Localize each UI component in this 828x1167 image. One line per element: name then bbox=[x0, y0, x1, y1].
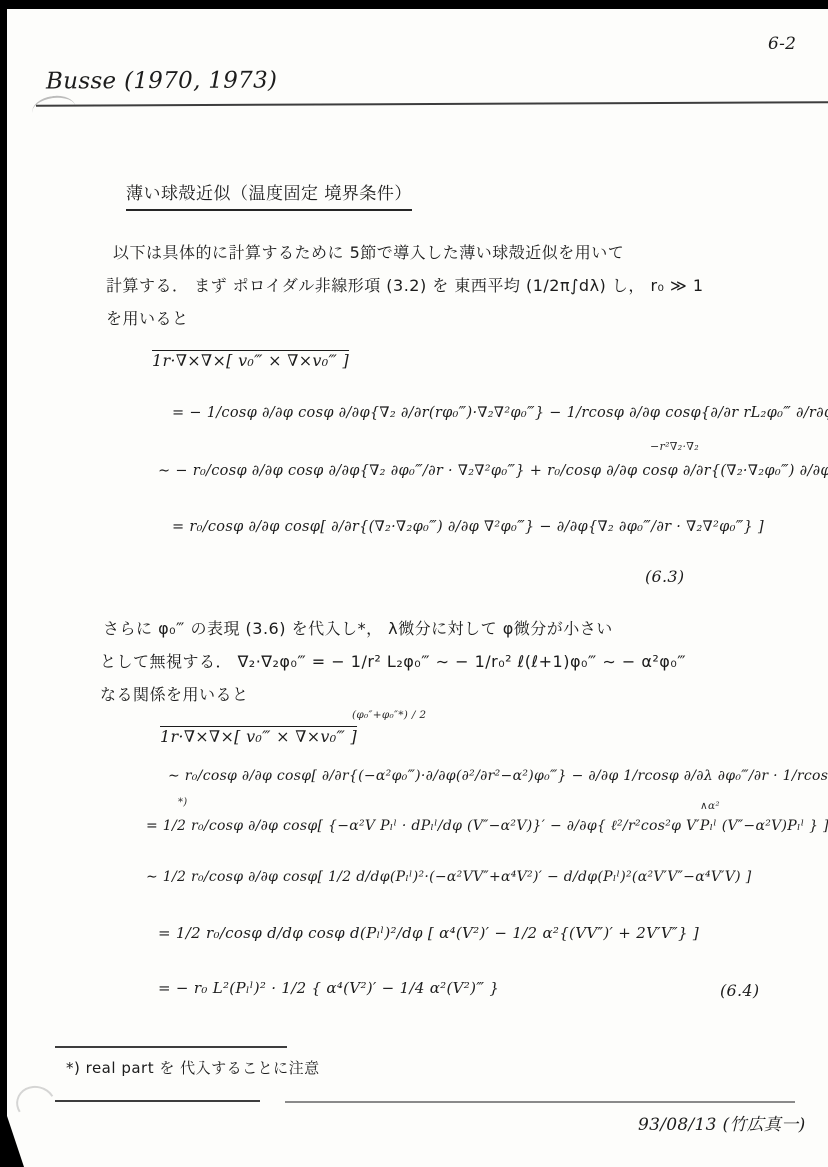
eq64-number: (6.4) bbox=[720, 981, 759, 1000]
eq64-step-3: ∼ 1/2 r₀/cosφ ∂/∂φ cosφ[ 1/2 d/dφ(Pₗˡ)²·… bbox=[146, 869, 751, 885]
eq63-step-3: = r₀/cosφ ∂/∂φ cosφ[ ∂/∂r{(∇₂·∇₂φ₀‴) ∂/∂… bbox=[172, 519, 764, 535]
scan-smudge-arc bbox=[30, 93, 77, 127]
footnote-separator bbox=[55, 1046, 287, 1048]
eq63-step-2: ∼ − r₀/cosφ ∂/∂φ cosφ ∂/∂φ{∇₂ ∂φ₀‴/∂r · … bbox=[158, 463, 828, 479]
para2-line-2: として無視する． ∇₂·∇₂φ₀‴ = − 1/r² L₂φ₀‴ ∼ − 1/r… bbox=[100, 649, 686, 672]
eq63-step-1: = − 1/cosφ ∂/∂φ cosφ ∂/∂φ{∇₂ ∂/∂r(rφ₀‴)·… bbox=[172, 405, 828, 421]
eq63-margin-note: −r²∇₂·∇₂ bbox=[650, 440, 699, 453]
scan-edge-top bbox=[0, 0, 828, 9]
footnote-text: *) real part を 代入することに注意 bbox=[66, 1057, 320, 1078]
page-title: Busse (1970, 1973) bbox=[46, 67, 277, 94]
eq64-step-1: ∼ r₀/cosφ ∂/∂φ cosφ[ ∂/∂r{(−α²φ₀‴)·∂/∂φ(… bbox=[168, 768, 828, 784]
scanned-note-page: 6-2 Busse (1970, 1973) 薄い球殻近似（温度固定 境界条件）… bbox=[0, 0, 828, 1167]
scan-edge-left bbox=[0, 0, 7, 1167]
eq64-step-5: = − r₀ L²(Pₗˡ)² · 1/2 { α⁴(V²)′ − 1/4 α²… bbox=[158, 979, 499, 997]
eq64-star-note: *) bbox=[178, 797, 188, 808]
intro-line-3: を用いると bbox=[106, 306, 189, 329]
page-number: 6-2 bbox=[768, 34, 796, 54]
intro-line-2: 計算する． まず ポロイダル非線形項 (3.2) を 東西平均 (1/2π∫dλ… bbox=[106, 273, 704, 296]
eq63-lhs: 1r·∇×∇×[ v₀‴ × ∇×v₀‴ ] bbox=[152, 351, 349, 370]
date-signature: 93/08/13 (竹広真一) bbox=[638, 1110, 806, 1135]
title-underline bbox=[36, 101, 828, 106]
para2-line-3: なる関係を用いると bbox=[100, 682, 249, 705]
bottom-rule-left bbox=[55, 1100, 260, 1102]
eq64-alpha-note: ∧α² bbox=[700, 800, 720, 812]
eq64-average-note: (φ₀″+φ₀″*) / 2 bbox=[352, 709, 426, 721]
eq64-step-2: = 1/2 r₀/cosφ ∂/∂φ cosφ[ {−α²V Pₗˡ · dPₗ… bbox=[146, 818, 828, 835]
para2-line-1: さらに φ₀‴ の表現 (3.6) を代入し*， λ微分に対して φ微分が小さい bbox=[103, 616, 613, 639]
intro-line-1: 以下は具体的に計算するために 5節で導入した薄い球殻近似を用いて bbox=[113, 240, 624, 263]
eq64-step-4: = 1/2 r₀/cosφ d/dφ cosφ d(Pₗˡ)²/dφ [ α⁴(… bbox=[158, 924, 699, 942]
eq64-lhs: 1r·∇×∇×[ v₀‴ × ∇×v₀‴ ] bbox=[160, 727, 357, 746]
eq63-number: (6.3) bbox=[645, 567, 684, 586]
bottom-rule-right bbox=[285, 1101, 795, 1103]
section-heading: 薄い球殻近似（温度固定 境界条件） bbox=[126, 179, 412, 211]
